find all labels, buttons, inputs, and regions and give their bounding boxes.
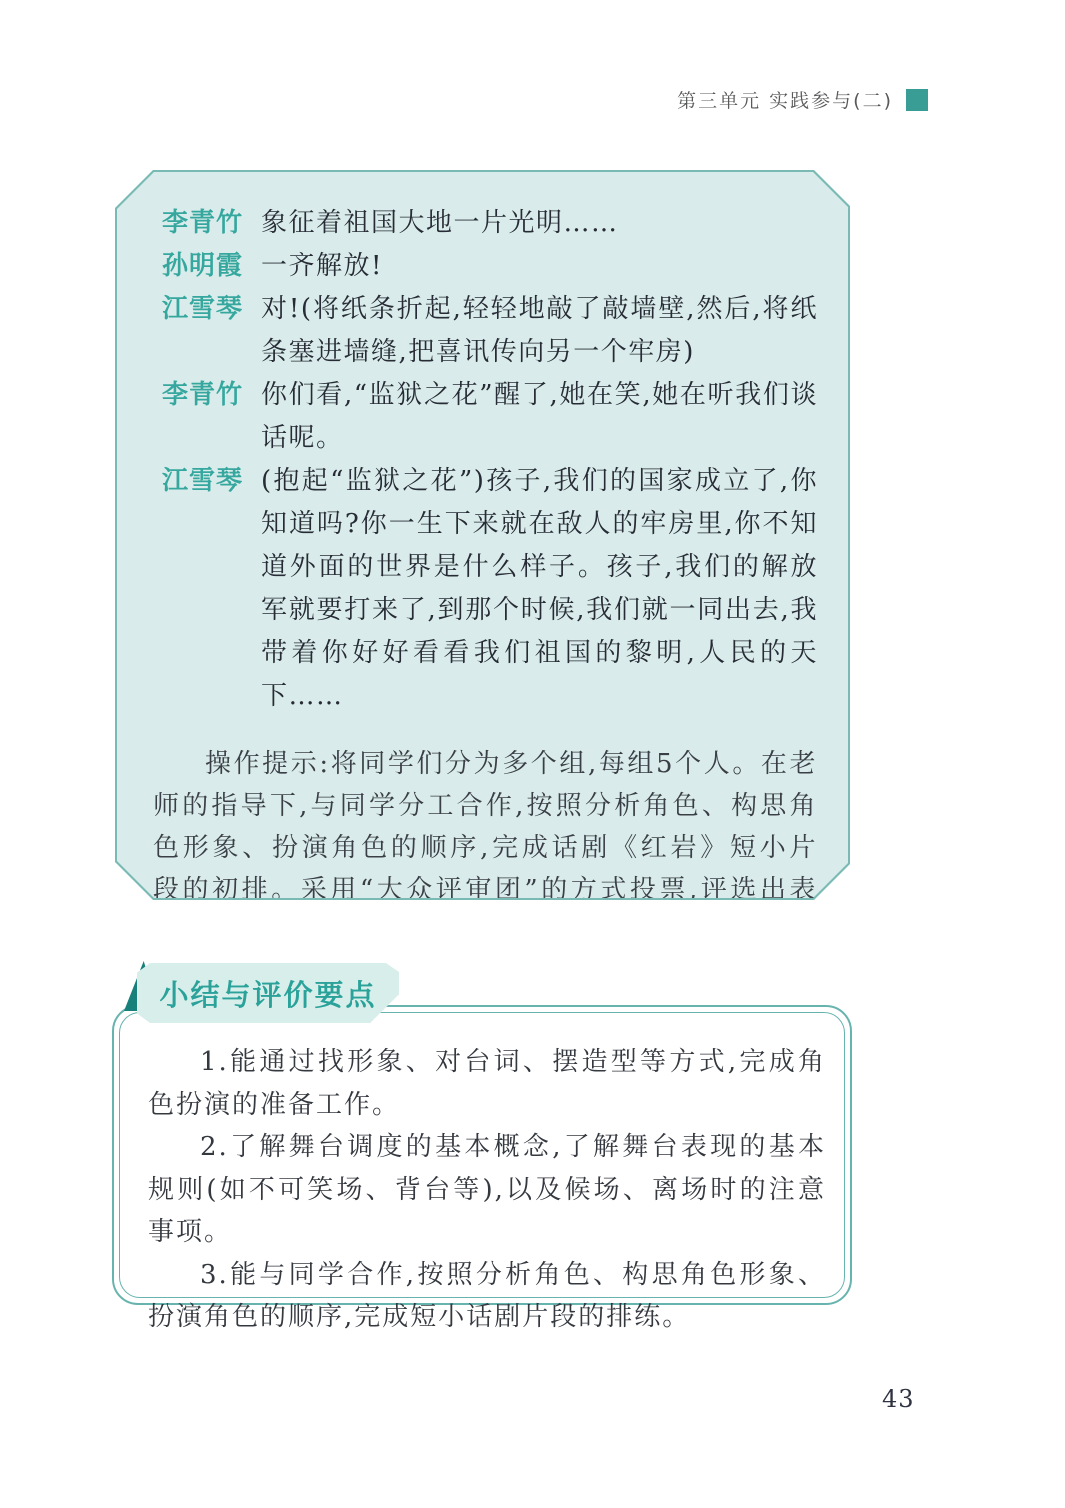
unit-title: 第三单元 实践参与(二) <box>677 86 893 113</box>
summary-content: 1.能通过找形象、对台词、摆造型等方式,完成角色扮演的准备工作。 2.了解舞台调… <box>114 1007 850 1303</box>
summary-title-badge: 小结与评价要点 <box>137 963 399 1023</box>
dialogue-row: 江雪琴 对!(将纸条折起,轻轻地敲了敲墙壁,然后,将纸条塞进墙缝,把喜讯传向另一… <box>162 288 818 374</box>
page-number: 43 <box>882 1385 915 1413</box>
speaker-name: 李青竹 <box>162 202 244 245</box>
dialogue-line: 你们看,“监狱之花”醒了,她在笑,她在听我们谈话呢。 <box>261 374 818 460</box>
dialogue-row: 江雪琴 (抱起“监狱之花”)孩子,我们的国家成立了,你知道吗?你一生下来就在敌人… <box>162 460 818 718</box>
speaker-name: 江雪琴 <box>162 288 244 374</box>
unit-marker-square-icon <box>906 89 928 111</box>
speaker-name: 李青竹 <box>162 374 244 460</box>
running-head: 第三单元 实践参与(二) <box>677 86 928 113</box>
dialogue-box: 李青竹 象征着祖国大地一片光明…… 孙明霞 一齐解放! 江雪琴 对!(将纸条折起… <box>115 170 850 900</box>
dialogue-line: (抱起“监狱之花”)孩子,我们的国家成立了,你知道吗?你一生下来就在敌人的牢房里… <box>261 460 818 718</box>
dialogue-row: 李青竹 你们看,“监狱之花”醒了,她在笑,她在听我们谈话呢。 <box>162 374 818 460</box>
operation-tip: 操作提示:将同学们分为多个组,每组5个人。在老师的指导下,与同学分工合作,按照分… <box>153 743 818 953</box>
summary-title: 小结与评价要点 <box>159 973 376 1014</box>
summary-item: 3.能与同学合作,按照分析角色、构思角色形象、扮演角色的顺序,完成短小话剧片段的… <box>148 1254 826 1339</box>
textbook-page: 第三单元 实践参与(二) 李青竹 象征着祖国大地一片光明…… 孙明霞 一齐解放!… <box>0 0 1065 1508</box>
dialogue-box-inner: 李青竹 象征着祖国大地一片光明…… 孙明霞 一齐解放! 江雪琴 对!(将纸条折起… <box>117 172 848 898</box>
speaker-name: 江雪琴 <box>162 460 244 718</box>
dialogue-line: 一齐解放! <box>261 245 818 288</box>
speaker-name: 孙明霞 <box>162 245 244 288</box>
summary-item: 2.了解舞台调度的基本概念,了解舞台表现的基本规则(如不可笑场、背台等),以及候… <box>148 1126 826 1254</box>
dialogue-line: 对!(将纸条折起,轻轻地敲了敲墙壁,然后,将纸条塞进墙缝,把喜讯传向另一个牢房) <box>261 288 818 374</box>
summary-box: 小结与评价要点 1.能通过找形象、对台词、摆造型等方式,完成角色扮演的准备工作。… <box>112 1005 852 1305</box>
dialogue-row: 李青竹 象征着祖国大地一片光明…… <box>162 202 818 245</box>
dialogue-line: 象征着祖国大地一片光明…… <box>261 202 818 245</box>
summary-item: 1.能通过找形象、对台词、摆造型等方式,完成角色扮演的准备工作。 <box>148 1041 826 1126</box>
dialogue-row: 孙明霞 一齐解放! <box>162 245 818 288</box>
